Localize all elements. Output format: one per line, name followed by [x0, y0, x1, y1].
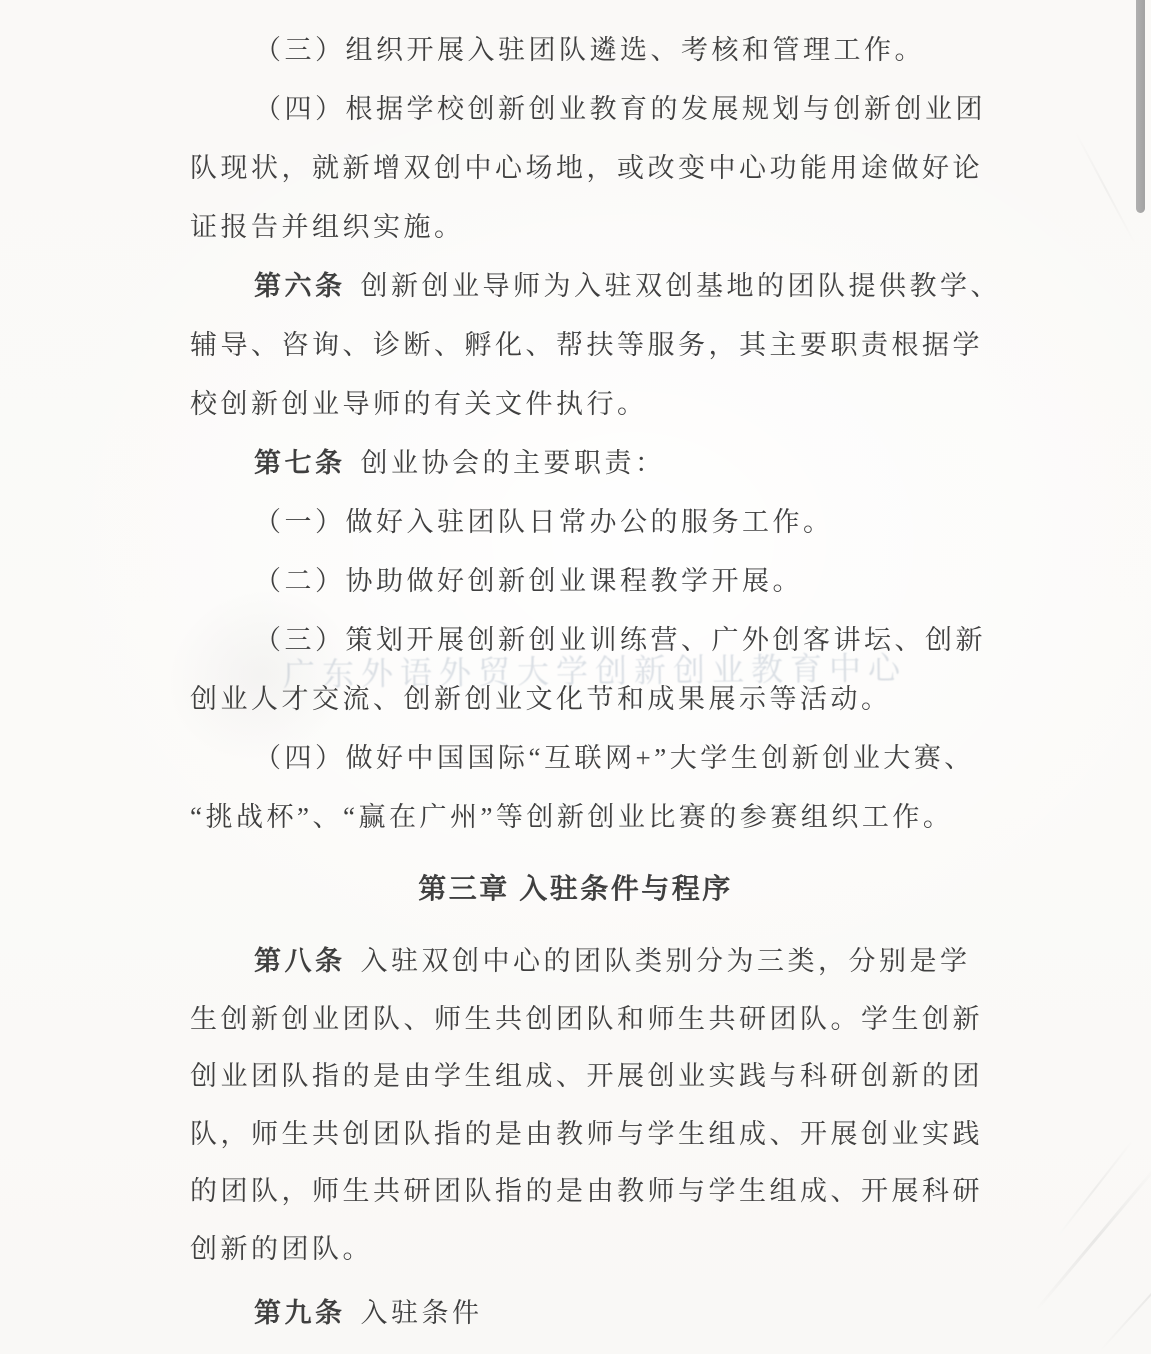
line-text: 生创新创业团队、师生共创团队和师生共研团队。学生创新 [190, 997, 983, 1036]
article-number: 第七条 [254, 441, 346, 480]
scrollbar-thumb[interactable] [1136, 0, 1145, 213]
line-text: （四）根据学校创新创业教育的发展规划与创新创业团 [254, 87, 986, 126]
line-text: 辅导、咨询、诊断、孵化、帮扶等服务，其主要职责根据学 [190, 323, 983, 362]
document-line: 第六条创新创业导师为入驻双创基地的团队提供教学、 [190, 254, 961, 313]
photo-crease [1099, 1239, 1151, 1352]
line-text: “挑战杯”、“赢在广州”等创新创业比赛的参赛组织工作。 [190, 795, 953, 834]
line-text: 创业人才交流、创新创业文化节和成果展示等活动。 [190, 677, 892, 716]
document-line: （三）策划开展创新创业训练营、广外创客讲坛、创新 [190, 608, 961, 667]
article-number: 第八条 [254, 939, 346, 978]
document-line: 第七条创业协会的主要职责： [190, 431, 961, 490]
line-text: 创业团队指的是由学生组成、开展创业实践与科研创新的团 [190, 1054, 983, 1093]
document-line: 创业人才交流、创新创业文化节和成果展示等活动。 [190, 667, 961, 726]
line-text: （二）协助做好创新创业课程教学开展。 [254, 559, 803, 598]
document-line: 队，师生共创团队指的是由教师与学生组成、开展创业实践 [190, 1103, 961, 1161]
document-line: （二）协助做好创新创业课程教学开展。 [190, 549, 961, 608]
document-line: 的团队，师生共研团队指的是由教师与学生组成、开展科研 [190, 1160, 961, 1218]
document-line: 辅导、咨询、诊断、孵化、帮扶等服务，其主要职责根据学 [190, 313, 961, 372]
document-line: 生创新创业团队、师生共创团队和师生共研团队。学生创新 [190, 988, 961, 1046]
document-line: 校创新创业导师的有关文件执行。 [190, 372, 961, 431]
chapter-heading-text: 第三章 入驻条件与程序 [418, 867, 733, 907]
document-line: （一）做好入驻团队日常办公的服务工作。 [190, 490, 961, 549]
document-line: （四）做好中国国际“互联网+”大学生创新创业大赛、 [190, 726, 961, 785]
line-text: （三）组织开展入驻团队遴选、考核和管理工作。 [254, 28, 925, 67]
document-line: 证报告并组织实施。 [190, 195, 961, 254]
line-text: 队，师生共创团队指的是由教师与学生组成、开展创业实践 [190, 1112, 983, 1151]
line-text: 入驻双创中心的团队类别分为三类，分别是学 [361, 939, 971, 978]
line-text: （一）做好入驻团队日常办公的服务工作。 [254, 500, 834, 539]
photo-crease [1057, 1141, 1132, 1237]
document-line: 创新的团队。 [190, 1218, 961, 1276]
line-text: 校创新创业导师的有关文件执行。 [190, 382, 648, 421]
document-content: （三）组织开展入驻团队遴选、考核和管理工作。（四）根据学校创新创业教育的发展规划… [190, 18, 961, 1340]
photo-crease [1074, 131, 1137, 247]
article-number: 第六条 [254, 264, 346, 303]
line-text: （四）做好中国国际“互联网+”大学生创新创业大赛、 [254, 736, 975, 775]
photo-crease [1034, 1165, 1151, 1312]
document-line: 创业团队指的是由学生组成、开展创业实践与科研创新的团 [190, 1045, 961, 1103]
line-text: （三）策划开展创新创业训练营、广外创客讲坛、创新 [254, 618, 986, 657]
document-line: “挑战杯”、“赢在广州”等创新创业比赛的参赛组织工作。 [190, 785, 961, 844]
line-text: 创业协会的主要职责： [361, 441, 666, 480]
document-line: （三）组织开展入驻团队遴选、考核和管理工作。 [190, 18, 961, 77]
line-text: 队现状，就新增双创中心场地，或改变中心功能用途做好论 [190, 146, 983, 185]
line-text: 的团队，师生共研团队指的是由教师与学生组成、开展科研 [190, 1169, 983, 1208]
chapter-heading: 第三章 入驻条件与程序 [190, 844, 961, 930]
document-line: （四）根据学校创新创业教育的发展规划与创新创业团 [190, 77, 961, 136]
line-text: 入驻条件 [361, 1291, 483, 1330]
line-text: 创新创业导师为入驻双创基地的团队提供教学、 [361, 264, 1002, 303]
line-text: 证报告并组织实施。 [190, 205, 465, 244]
document-page: 广东外语外贸大学创新创业教育中心 （三）组织开展入驻团队遴选、考核和管理工作。（… [0, 0, 1151, 1354]
document-line: 队现状，就新增双创中心场地，或改变中心功能用途做好论 [190, 136, 961, 195]
document-line: 第九条入驻条件 [190, 1282, 961, 1340]
article-number: 第九条 [254, 1291, 346, 1330]
document-line: 第八条入驻双创中心的团队类别分为三类，分别是学 [190, 930, 961, 988]
line-text: 创新的团队。 [190, 1227, 373, 1266]
